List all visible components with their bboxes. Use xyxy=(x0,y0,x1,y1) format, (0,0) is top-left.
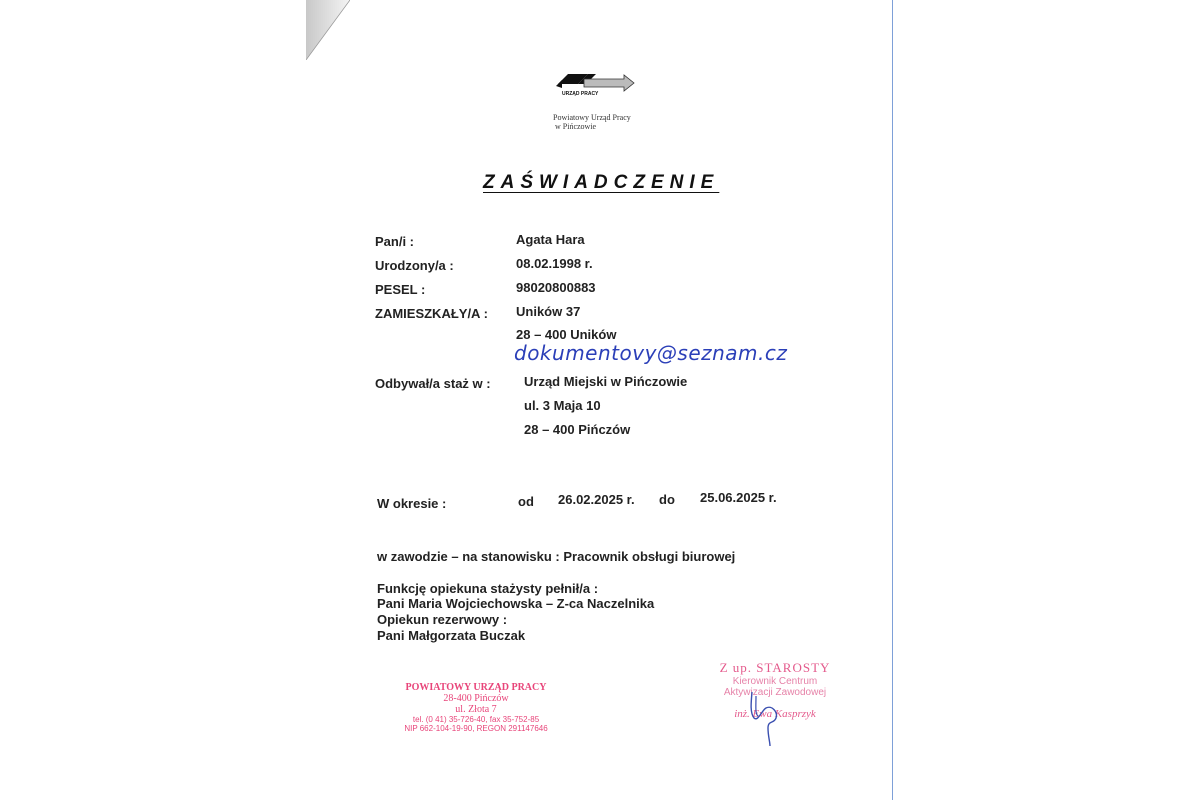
address-label: ZAMIESZKAŁY/A : xyxy=(375,306,488,321)
stamp-line-4: tel. (0 41) 35-726-40, fax 35-752-85 xyxy=(396,715,556,724)
org-line-2: w Pińczowie xyxy=(553,122,631,131)
org-line-1: Powiatowy Urząd Pracy xyxy=(553,113,631,122)
stamp-line-3: ul. Złota 7 xyxy=(396,704,556,715)
backup-label: Opiekun rezerwowy : xyxy=(377,612,507,627)
period-from-date: 26.02.2025 r. xyxy=(558,492,635,507)
born-value: 08.02.1998 r. xyxy=(516,256,593,271)
office-stamp: POWIATOWY URZĄD PRACY 28-400 Pińczów ul.… xyxy=(396,682,556,733)
address-line-1: Uników 37 xyxy=(516,304,580,319)
name-label: Pan/i : xyxy=(375,234,414,249)
stamp-line-5: NIP 662-104-19-90, REGON 291147646 xyxy=(396,724,556,733)
address-line-2: 28 – 400 Uników xyxy=(516,327,616,342)
internship-place-line-3: 28 – 400 Pińczów xyxy=(524,422,630,437)
internship-place-line-2: ul. 3 Maja 10 xyxy=(524,398,601,413)
supervisor-value: Pani Maria Wojciechowska – Z-ca Naczelni… xyxy=(377,596,654,611)
urzad-pracy-logo-icon: URZĄD PRACY xyxy=(554,70,636,96)
signature-stamp-line-1: Z up. STAROSTY xyxy=(700,660,850,676)
stamp-line-2: 28-400 Pińczów xyxy=(396,693,556,704)
pesel-label: PESEL : xyxy=(375,282,425,297)
born-label: Urodzony/a : xyxy=(375,258,454,273)
position-line: w zawodzie – na stanowisku : Pracownik o… xyxy=(377,549,735,564)
period-to-label: do xyxy=(659,492,675,507)
svg-text:URZĄD PRACY: URZĄD PRACY xyxy=(562,91,599,96)
period-label: W okresie : xyxy=(377,496,446,511)
pesel-value: 98020800883 xyxy=(516,280,596,295)
org-name: Powiatowy Urząd Pracy w Pińczowie xyxy=(553,113,631,131)
supervisor-label: Funkcję opiekuna stażysty pełnił/a : xyxy=(377,581,598,596)
backup-value: Pani Małgorzata Buczak xyxy=(377,628,525,643)
signature-stamp-line-2: Kierownik Centrum xyxy=(700,676,850,687)
period-from-label: od xyxy=(518,494,534,509)
handwritten-email: dokumentovy@seznam.cz xyxy=(514,341,787,365)
stamp-line-1: POWIATOWY URZĄD PRACY xyxy=(396,682,556,693)
internship-label: Odbywał/a staż w : xyxy=(375,376,491,391)
page-curl-icon xyxy=(306,0,350,60)
period-to-date: 25.06.2025 r. xyxy=(700,490,777,505)
name-value: Agata Hara xyxy=(516,232,585,247)
handwritten-signature-icon xyxy=(738,688,788,748)
margin-line xyxy=(892,0,893,800)
internship-place-line-1: Urząd Miejski w Pińczowie xyxy=(524,374,687,389)
document-title: ZAŚWIADCZENIE xyxy=(483,172,719,194)
